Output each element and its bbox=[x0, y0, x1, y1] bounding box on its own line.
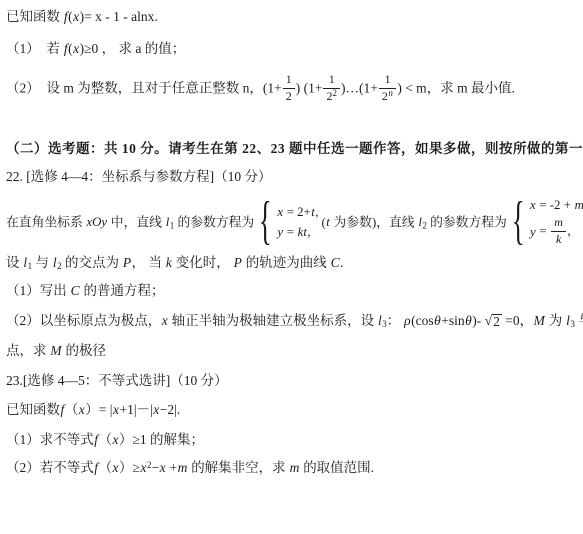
left-brace-icon: { bbox=[259, 196, 272, 249]
math-var: x bbox=[112, 432, 119, 447]
text-segment: ( bbox=[68, 9, 73, 24]
math-var: ρ bbox=[404, 313, 411, 328]
fraction-numerator: 1 bbox=[323, 73, 340, 89]
text-segment: 已知函数 bbox=[6, 9, 63, 24]
text-segment: −2|. bbox=[160, 402, 180, 417]
equation-rows: x = 2+t,y = kt, bbox=[277, 204, 319, 242]
question-22-title: 22. [选修 4—4：坐标系与参数方程]（10 分） bbox=[6, 168, 272, 186]
radical-sign: √ bbox=[485, 314, 492, 330]
equation-rows: x = -2 + m,y = mk, bbox=[529, 197, 583, 248]
text-segment: ) (1+ bbox=[296, 80, 323, 95]
text-segment: （2）若不等式 bbox=[6, 460, 94, 475]
text-segment: 为 bbox=[545, 313, 565, 328]
math-var: x bbox=[277, 205, 284, 219]
math-var: M bbox=[50, 343, 62, 358]
text-segment: 的参数方程为 bbox=[174, 215, 257, 229]
superscript: 2 bbox=[332, 88, 337, 98]
math-var: x bbox=[112, 460, 119, 475]
math-var: y bbox=[277, 225, 284, 239]
text-segment: +1|－| bbox=[119, 402, 152, 417]
fraction: 122 bbox=[323, 73, 340, 104]
equation-system: {x = -2 + m,y = mk, bbox=[511, 197, 583, 248]
math-var: x bbox=[140, 460, 147, 475]
text-segment: + bbox=[166, 460, 177, 475]
math-var: M bbox=[533, 313, 545, 328]
text-segment: 的轨迹为曲线 bbox=[242, 255, 330, 270]
question-21-intro: 已知函数 f(x)= x - 1 - alnx. bbox=[6, 8, 158, 26]
fraction: 12 bbox=[283, 73, 295, 104]
question-23-title: 23.[选修 4—5：不等式选讲]（10 分） bbox=[6, 372, 228, 390]
math-var: x bbox=[73, 41, 80, 56]
question-22-setup: 在直角坐标系 xOy 中，直线 l1 的参数方程为 {x = 2+t,y = k… bbox=[6, 198, 583, 249]
text-segment: 中，直线 bbox=[108, 215, 166, 229]
text-segment: ) < m，求 m 最小值. bbox=[397, 80, 515, 95]
text-segment: 的参数方程为 bbox=[427, 215, 510, 229]
superscript: n bbox=[388, 88, 394, 98]
fraction-numerator: m bbox=[551, 216, 567, 232]
math-var: k bbox=[555, 232, 561, 246]
text-segment: （2）以坐标原点为极点， bbox=[6, 313, 161, 328]
text-segment: 23.[选修 4—5：不等式选讲]（10 分） bbox=[6, 373, 228, 388]
text-segment: （二）选考题：共 10 分。请考生在第 22、23 题中任选一题作答，如果多做，… bbox=[6, 141, 583, 156]
equation-row: y = kt, bbox=[277, 224, 319, 241]
text-segment: 轴正半轴为极轴建立极坐标系，设 bbox=[168, 313, 377, 328]
math-var: x bbox=[73, 9, 80, 24]
text-segment: 的极径 bbox=[62, 343, 106, 358]
text-segment: 的交点为 bbox=[62, 255, 123, 270]
math-var: C bbox=[70, 283, 80, 298]
text-segment: （1）写出 bbox=[6, 283, 70, 298]
text-segment: 设 bbox=[6, 255, 23, 270]
question-21-part-2: （2） 设 m 为整数，且对于任意正整数 n，(1+12) (1+122)…(1… bbox=[6, 74, 515, 105]
text-segment: ， 当 bbox=[132, 255, 166, 270]
text-segment: 在直角坐标系 bbox=[6, 215, 86, 229]
text-segment: . bbox=[340, 255, 343, 270]
text-segment: ）≥ bbox=[119, 460, 140, 475]
question-21-part-1: （1） 若 f(x)≥0 ， 求 a 的值； bbox=[6, 40, 185, 58]
math-var: C bbox=[330, 255, 340, 270]
fraction-denominator: k bbox=[551, 232, 567, 247]
text-segment: +sin bbox=[441, 313, 464, 328]
question-23-part-1: （1）求不等式f（x）≥1 的解集； bbox=[6, 431, 204, 449]
equation-row: x = 2+t, bbox=[277, 204, 319, 221]
math-var: xOy bbox=[86, 215, 108, 229]
text-segment: 为参数)，直线 bbox=[330, 215, 417, 229]
text-segment: ： bbox=[387, 313, 404, 328]
text-segment: 的解集非空，求 bbox=[188, 460, 289, 475]
fraction: 12n bbox=[379, 73, 397, 104]
text-segment: ( bbox=[68, 41, 73, 56]
math-var: m bbox=[554, 215, 564, 229]
math-var: m bbox=[177, 460, 188, 475]
question-22-locus-line: 设 l1 与 l2 的交点为 P， 当 k 变化时， P 的轨迹为曲线 C. bbox=[6, 254, 344, 272]
text-segment: = 2+ bbox=[284, 205, 311, 219]
left-brace-icon: { bbox=[512, 196, 525, 249]
math-var: kt bbox=[297, 225, 307, 239]
math-var: m bbox=[289, 460, 300, 475]
text-segment: =0， bbox=[502, 313, 533, 328]
text-segment: )…(1+ bbox=[341, 80, 378, 95]
math-var: x bbox=[159, 460, 166, 475]
text-segment: )= x - 1 - alnx. bbox=[80, 9, 158, 24]
math-var: x bbox=[153, 402, 160, 417]
equation-row: y = mk, bbox=[529, 217, 583, 248]
equation-system: {x = 2+t,y = kt, bbox=[258, 204, 318, 242]
text-segment: （2） 设 m 为整数，且对于任意正整数 n，(1+ bbox=[6, 80, 282, 95]
text-segment: )≥0 ， 求 a 的值； bbox=[80, 41, 186, 56]
text-segment: = bbox=[284, 225, 298, 239]
text-segment: − bbox=[151, 460, 159, 475]
text-segment: 变化时， bbox=[172, 255, 233, 270]
radical: √2 bbox=[485, 314, 502, 330]
text-segment: = -2 + bbox=[536, 198, 574, 212]
text-segment: ）= | bbox=[85, 402, 112, 417]
fraction-denominator: 2 bbox=[283, 89, 295, 104]
text-segment: , bbox=[567, 225, 570, 239]
math-var: m bbox=[574, 198, 583, 212]
fraction-numerator: 1 bbox=[379, 73, 397, 89]
text-segment: 22. [选修 4—4：坐标系与参数方程]（10 分） bbox=[6, 169, 272, 184]
fraction-numerator: 1 bbox=[283, 73, 295, 89]
fraction-denominator: 2n bbox=[379, 89, 397, 104]
question-22-part-2: （2）以坐标原点为极点，x 轴正半轴为极轴建立极坐标系，设 l3： ρ(cosθ… bbox=[6, 312, 583, 330]
text-segment: (cos bbox=[411, 313, 434, 328]
question-22-part-2-cont: 点，求 M 的极径 bbox=[6, 342, 106, 360]
question-22-part-1: （1）写出 C 的普通方程； bbox=[6, 282, 165, 300]
math-var: P bbox=[122, 255, 131, 270]
text-segment: 的普通方程； bbox=[80, 283, 164, 298]
text-segment: ）≥1 的解集； bbox=[119, 432, 204, 447]
fraction-denominator: 22 bbox=[323, 89, 340, 104]
question-23-intro: 已知函数f（x）= |x+1|－|x−2|. bbox=[6, 401, 180, 419]
exam-document-page: 已知函数 f(x)= x - 1 - alnx. （1） 若 f(x)≥0 ， … bbox=[0, 0, 583, 534]
fraction: mk bbox=[551, 216, 567, 247]
text-segment: 的取值范围. bbox=[300, 460, 374, 475]
question-23-part-2: （2）若不等式f（x）≥x2−x +m 的解集非空，求 m 的取值范围. bbox=[6, 459, 374, 477]
equation-row: x = -2 + m, bbox=[529, 197, 583, 214]
text-segment: （1） 若 bbox=[6, 41, 63, 56]
text-segment: （1）求不等式 bbox=[6, 432, 94, 447]
text-segment: )- bbox=[472, 313, 484, 328]
text-segment: , bbox=[315, 205, 318, 219]
text-segment: （ bbox=[65, 402, 79, 417]
text-segment: = bbox=[536, 225, 550, 239]
text-segment: 与 bbox=[575, 313, 583, 328]
text-segment: （ bbox=[99, 460, 113, 475]
section-2-header: （二）选考题：共 10 分。请考生在第 22、23 题中任选一题作答，如果多做，… bbox=[6, 140, 583, 158]
text-segment: 已知函数 bbox=[6, 402, 60, 417]
text-segment: 与 bbox=[32, 255, 52, 270]
text-segment: , bbox=[307, 225, 310, 239]
radicand: 2 bbox=[492, 314, 502, 330]
text-segment: 点，求 bbox=[6, 343, 50, 358]
text-segment: （ bbox=[99, 432, 113, 447]
math-var: n bbox=[388, 88, 394, 98]
